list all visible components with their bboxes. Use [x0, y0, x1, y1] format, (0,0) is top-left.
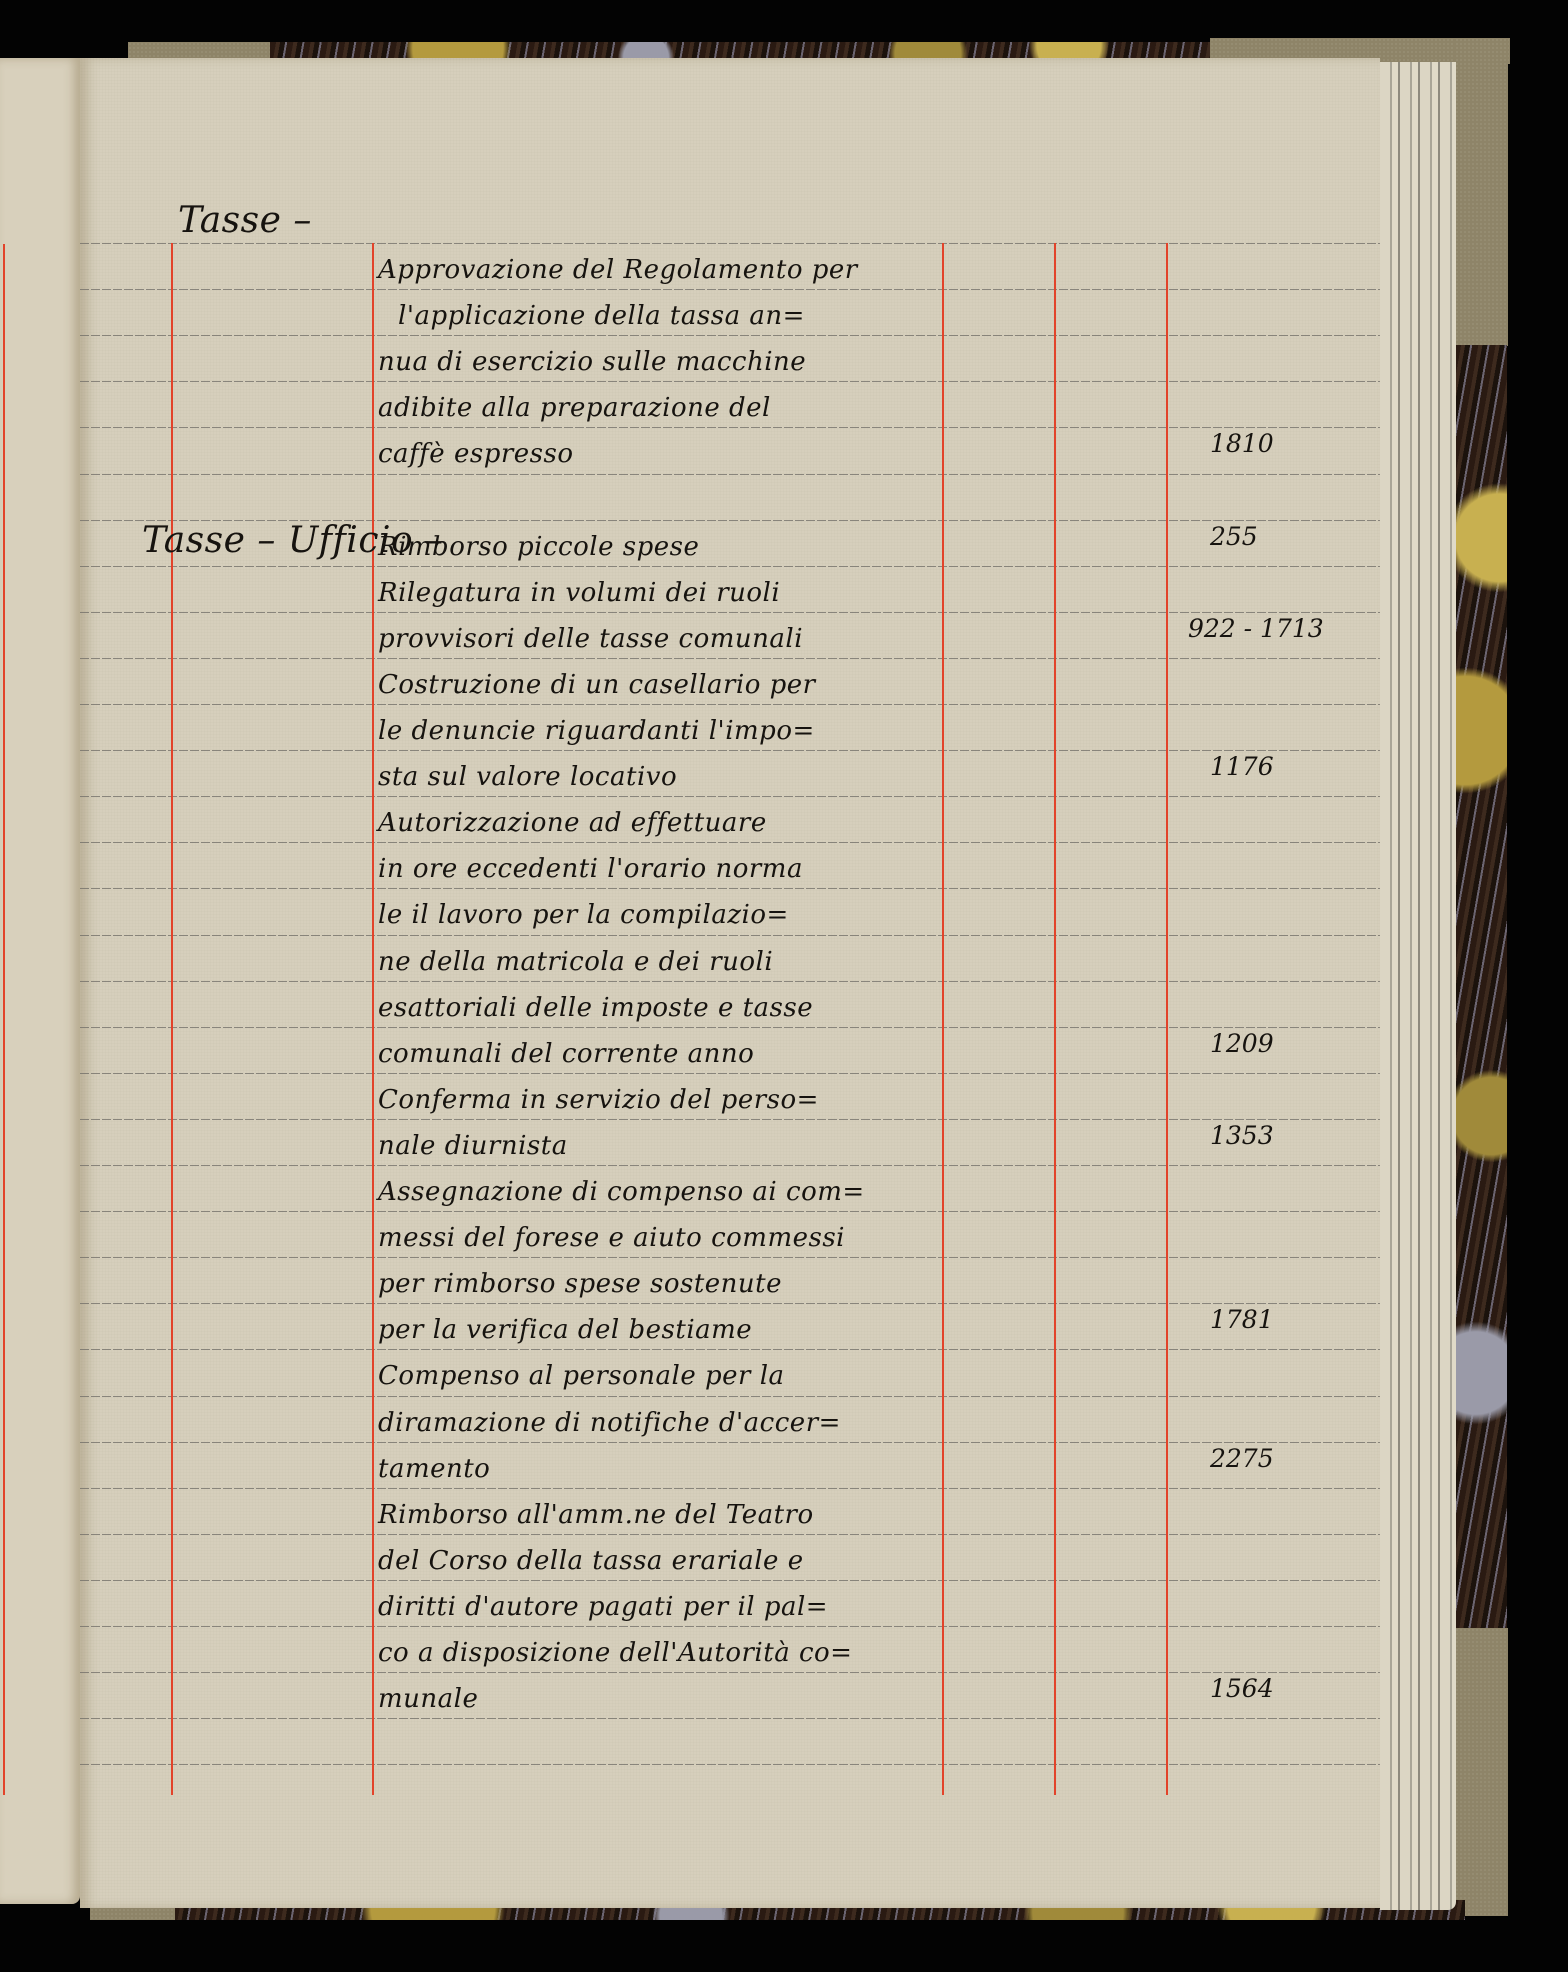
ruled-line — [80, 1764, 1380, 1765]
entry-line: co a disposizione dell'Autorità co= — [378, 1630, 852, 1676]
entry-reference-number: 1564 — [1210, 1674, 1274, 1703]
entry-line: esattoriali delle imposte e tasse — [378, 985, 813, 1031]
entry-line: comunali del corrente anno — [378, 1031, 754, 1077]
cover-corner-right-top — [1455, 38, 1508, 346]
entry-line: per la verifica del bestiame — [378, 1307, 752, 1353]
entry-line: adibite alla preparazione del — [378, 385, 771, 431]
entry-reference-number: 1209 — [1210, 1029, 1274, 1058]
left-page-red-rule — [3, 244, 5, 1795]
entry-line: diritti d'autore pagati per il pal= — [378, 1584, 828, 1630]
cover-corner-right-bottom — [1455, 1628, 1508, 1916]
ruled-line — [80, 566, 1380, 567]
ledger-page: Tasse – Tasse – Ufficio – Approvazione d… — [80, 58, 1380, 1908]
ruled-line — [80, 1488, 1380, 1489]
entry-line: provvisori delle tasse comunali — [378, 616, 803, 662]
ruled-line — [80, 1165, 1380, 1166]
entry-line: del Corso della tassa erariale e — [378, 1538, 804, 1584]
entry-line: messi del forese e aiuto commessi — [378, 1215, 845, 1261]
entry-reference-number: 1353 — [1210, 1121, 1274, 1150]
entry-line: Rimborso piccole spese — [378, 524, 699, 570]
entry-line: Conferma in servizio del perso= — [378, 1077, 819, 1123]
entry-line: tamento — [378, 1446, 490, 1492]
ruled-line — [80, 474, 1380, 475]
entry-reference-number: 922 - 1713 — [1188, 614, 1324, 643]
entry-reference-number: 2275 — [1210, 1444, 1274, 1473]
ruled-line — [80, 1718, 1380, 1719]
entry-line: Rimborso all'amm.ne del Teatro — [378, 1492, 814, 1538]
entry-reference-number: 1781 — [1210, 1305, 1274, 1334]
red-rule-description-left — [372, 243, 374, 1795]
entry-line: munale — [378, 1676, 478, 1722]
ruled-line — [80, 796, 1380, 797]
red-rule-heading-col — [171, 243, 173, 1795]
entry-line: le denuncie riguardanti l'impo= — [378, 708, 815, 754]
entry-line: caffè espresso — [378, 431, 574, 477]
left-page — [0, 58, 80, 1904]
entry-line: Assegnazione di compenso ai com= — [378, 1169, 865, 1215]
entry-line: ne della matricola e dei ruoli — [378, 939, 773, 985]
cover-marbled-right — [1455, 345, 1507, 1630]
entry-line: nale diurnista — [378, 1123, 568, 1169]
entry-line: diramazione di notifiche d'accer= — [378, 1400, 841, 1446]
page-stack-edges — [1380, 62, 1456, 1910]
entry-line: le il lavoro per la compilazio= — [378, 892, 789, 938]
entry-line: per rimborso spese sostenute — [378, 1261, 782, 1307]
red-rule-description-right — [942, 243, 944, 1795]
entry-line: nua di esercizio sulle macchine — [378, 339, 806, 385]
entry-line: Approvazione del Regolamento per — [378, 247, 858, 293]
entry-reference-number: 255 — [1210, 522, 1258, 551]
entry-line: l'applicazione della tassa an= — [398, 293, 805, 339]
entry-reference-number: 1176 — [1210, 752, 1274, 781]
entry-line: Autorizzazione ad effettuare — [378, 800, 767, 846]
entry-line: Compenso al personale per la — [378, 1353, 785, 1399]
section-heading-tasse: Tasse – — [178, 198, 312, 244]
entry-line: sta sul valore locativo — [378, 754, 677, 800]
entry-line: Costruzione di un casellario per — [378, 662, 816, 708]
red-rule-number-col-left — [1054, 243, 1056, 1795]
red-rule-number-col-right — [1166, 243, 1168, 1795]
entry-line: Rilegatura in volumi dei ruoli — [378, 570, 780, 616]
entry-line: in ore eccedenti l'orario norma — [378, 846, 803, 892]
entry-reference-number: 1810 — [1210, 429, 1274, 458]
